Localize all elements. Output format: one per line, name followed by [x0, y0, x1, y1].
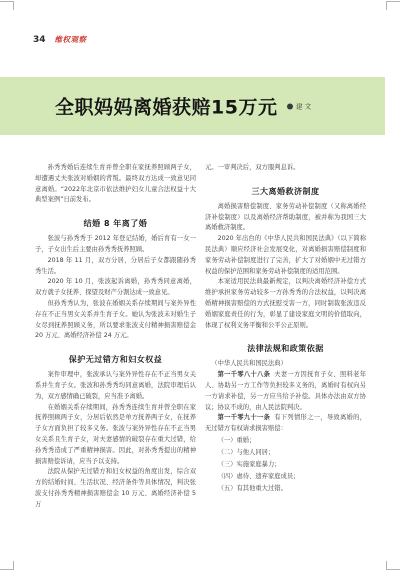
- body-paragraph: 案件审理中，张波承认与案外异性存在不正当男女关系并生育子女。张波和孙秀秀均同意离…: [35, 370, 196, 402]
- page-header: 34 维权观察: [33, 34, 87, 45]
- magazine-logo: 维权观察: [55, 34, 87, 45]
- left-column: 孙秀秀婚后连续生育并曾全职在家抚养照顾两子女，却遭遇丈夫张波对婚姻的背叛。最终双…: [35, 163, 196, 511]
- body-paragraph: 本案适用民法典最新规定，以判决离婚经济补偿方式维护承担家务劳动较多一方孙秀秀的合…: [205, 277, 366, 331]
- byline: 建 文: [287, 102, 311, 111]
- crop-mark-bottom-left: [0, 561, 14, 570]
- body-paragraph: 离婚损害赔偿制度、家务劳动补偿制度（又称离婚经济补偿制度）以及离婚经济帮助制度，…: [205, 202, 366, 234]
- law-article-number: 第一千零八十八条: [218, 371, 271, 378]
- list-item: （二）与他人同居；: [205, 447, 366, 459]
- headline-banner: 全职妈妈离婚获赔15万元 建 文: [0, 77, 385, 135]
- law-article-number: 第一千零九十一条: [218, 414, 271, 421]
- crop-mark-top-left: [0, 1, 14, 10]
- law-article: 第一千零八十八条夫妻一方因抚育子女、照料老年人、协助另一方工作等负担较多义务的，…: [205, 370, 366, 413]
- magazine-page: 34 维权观察 全职妈妈离婚获赔15万元 建 文 孙秀秀婚后连续生育并曾全职在家…: [0, 0, 400, 571]
- article-body: 孙秀秀婚后连续生育并曾全职在家抚养照顾两子女，却遭遇丈夫张波对婚姻的背叛。最终双…: [35, 163, 367, 511]
- body-paragraph: 张波与孙秀秀于 2012 年登记结婚，婚后育有一女一子，子女出生后主要由孙秀秀抚…: [35, 234, 196, 256]
- section-heading-marriage: 结婚 8 年离了婚: [35, 218, 196, 229]
- law-item-list: （一）重婚； （二）与他人同居； （三）实施家庭暴力； （四）虐待、遗弃家庭成员…: [205, 435, 366, 495]
- author-circle-icon: [287, 103, 293, 109]
- crop-mark-top-right: [386, 1, 400, 10]
- body-paragraph: 2020 年出台的《中华人民共和国民法典》（以下简称民法典）顺应经济社会发展变化…: [205, 234, 366, 277]
- right-column: 元。一审判决后，双方服判息诉。 三大离婚救济制度 离婚损害赔偿制度、家务劳动补偿…: [205, 163, 366, 511]
- body-paragraph: 在婚姻关系存续期间，孙秀秀连续生育并曾全职在家抚养照顾两子女，分居后依然是单方抚…: [35, 403, 196, 468]
- list-item: （四）虐待、遗弃家庭成员；: [205, 471, 366, 483]
- body-paragraph: 2018 年 11 月，双方分居，分居后子女都跟随孙秀秀生活。: [35, 256, 196, 278]
- byline-text: 建 文: [296, 102, 311, 111]
- intro-paragraph: 孙秀秀婚后连续生育并曾全职在家抚养照顾两子女，却遭遇丈夫张波对婚姻的背叛。最终双…: [35, 163, 196, 206]
- article-title: 全职妈妈离婚获赔15万元: [55, 93, 277, 120]
- section-heading-legal-basis: 法律法规和政策依据: [205, 343, 366, 354]
- list-item: （一）重婚；: [205, 435, 366, 447]
- list-item: （五）有其他重大过错。: [205, 483, 366, 495]
- crop-mark-bottom-right: [386, 561, 400, 570]
- law-article: 第一千零九十一条有下列情形之一，导致离婚的，无过错方有权请求损害赔偿：: [205, 413, 366, 435]
- body-paragraph: 法院从保护无过错方和妇女权益的角度出发，综合双方的结婚时间、生活状况、经济条件等…: [35, 467, 196, 510]
- section-heading-protection: 保护无过错方和妇女权益: [35, 354, 196, 365]
- body-paragraph: 2020 年 10 月，张波起诉离婚，孙秀秀同意离婚，双方就子女抚养、探望及财产…: [35, 277, 196, 299]
- page-number: 34: [33, 35, 46, 45]
- continuation-paragraph: 元。一审判决后，双方服判息诉。: [205, 163, 366, 174]
- body-paragraph: 但孙秀秀认为，张波在婚姻关系存续期间与案外异性存在不正当男女关系并生育子女。她认…: [35, 299, 196, 342]
- section-heading-relief-systems: 三大离婚救济制度: [205, 186, 366, 197]
- list-item: （三）实施家庭暴力；: [205, 459, 366, 471]
- law-source: （中华人民共和国民法典）: [205, 359, 366, 370]
